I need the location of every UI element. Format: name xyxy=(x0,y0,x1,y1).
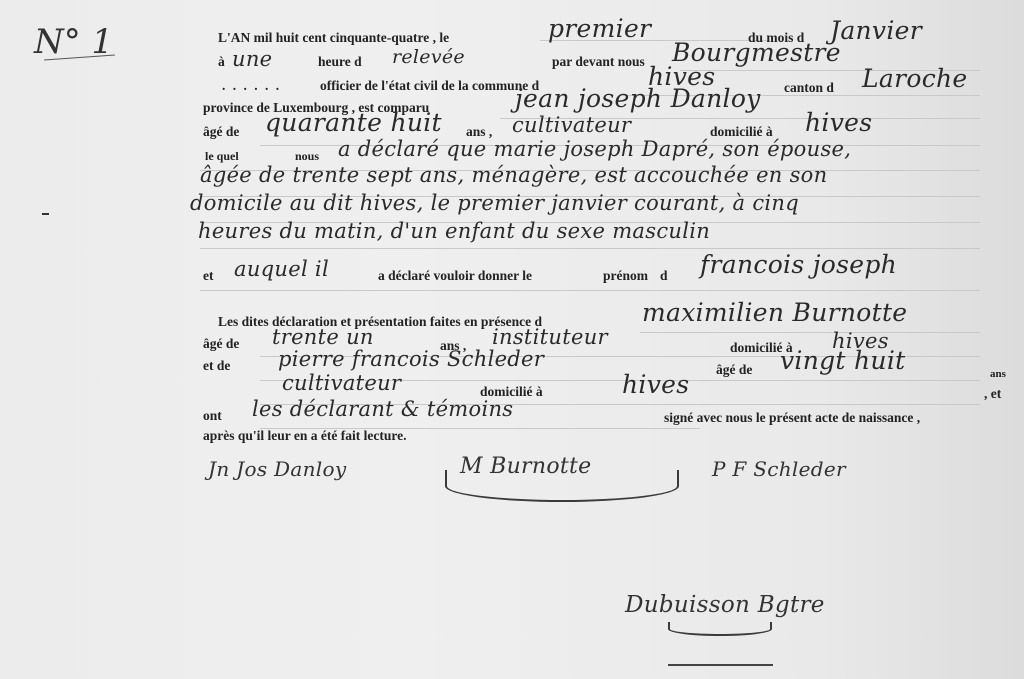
signature-flourish xyxy=(445,470,679,502)
birth-record-page: N° 1 L'AN mil huit cent cinquante-quatre… xyxy=(0,0,1024,679)
hw-declaration-line: âgée de trente sept ans, ménagère, est a… xyxy=(200,164,827,186)
printed-text: ans xyxy=(990,366,1006,382)
printed-text: prénom xyxy=(603,268,648,284)
printed-text: nous xyxy=(295,148,319,164)
hw-day: premier xyxy=(548,18,651,40)
printed-text: d xyxy=(660,268,668,284)
printed-text: à xyxy=(218,54,225,70)
rule-line xyxy=(200,248,980,249)
printed-text: après qu'il leur en a été fait lecture. xyxy=(203,428,406,444)
hw-auquel: auquel il xyxy=(234,258,329,280)
printed-text: signé avec nous le présent acte de naiss… xyxy=(664,410,920,426)
hw-canton: Laroche xyxy=(862,68,968,90)
hw-witness2-profession: cultivateur xyxy=(282,372,401,394)
printed-text: et xyxy=(203,268,214,284)
hw-signatories: les déclarant & témoins xyxy=(252,398,513,420)
printed-text: , et xyxy=(984,386,1001,402)
rule-line xyxy=(640,332,980,333)
printed-text: âgé de xyxy=(203,336,239,352)
hw-witness2-domicile: hives xyxy=(622,374,689,396)
hw-given-names: francois joseph xyxy=(700,254,897,276)
hw-witness2-name: pierre francois Schleder xyxy=(278,348,544,370)
hw-declarant-profession: cultivateur xyxy=(512,114,631,136)
printed-text: ont xyxy=(203,408,222,424)
printed-text: L'AN mil huit cent cinquante-quatre , le xyxy=(218,30,449,46)
signature-witness2: P F Schleder xyxy=(712,458,846,480)
printed-text: heure d xyxy=(318,54,362,70)
printed-text: officier de l'état civil de la commune d xyxy=(320,78,539,94)
hw-witness2-age: vingt huit xyxy=(780,350,905,372)
hw-month: Janvier xyxy=(830,20,922,42)
hw-declarant-name: jean joseph Danloy xyxy=(515,88,761,110)
printed-text: par devant nous xyxy=(552,54,645,70)
rule-line xyxy=(200,290,980,291)
printed-text: le quel xyxy=(205,148,239,164)
hw-declarant-age: quarante huit xyxy=(265,112,442,134)
signature-declarant: Jn Jos Danloy xyxy=(208,458,346,480)
hw-time-of-day: relevée xyxy=(392,46,465,68)
printed-dots: . . . . . . xyxy=(222,78,281,94)
signature-underline xyxy=(668,664,773,666)
hw-hour: une xyxy=(232,48,272,70)
hw-witness1-name: maximilien Burnotte xyxy=(642,302,907,324)
hw-officer-title: Bourgmestre xyxy=(672,42,841,64)
record-number: N° 1 xyxy=(34,22,113,62)
hw-declaration-line: heures du matin, d'un enfant du sexe mas… xyxy=(198,220,710,242)
hw-witness1-age: trente un xyxy=(272,326,374,348)
printed-text: et de xyxy=(203,358,230,374)
margin-mark xyxy=(42,213,49,215)
printed-text: âgé de xyxy=(203,124,239,140)
signature-officer: Dubuisson Bgtre xyxy=(625,594,825,616)
printed-text: a déclaré vouloir donner le xyxy=(378,268,532,284)
printed-text: âgé de xyxy=(716,362,752,378)
hw-declarant-domicile: hives xyxy=(805,112,872,134)
hw-witness1-profession: instituteur xyxy=(492,326,608,348)
hw-declaration-line: a déclaré que marie joseph Dapré, son ép… xyxy=(338,138,851,160)
signature-flourish xyxy=(668,622,772,636)
hw-declaration-line: domicile au dit hives, le premier janvie… xyxy=(190,192,799,214)
printed-text: canton d xyxy=(784,80,834,96)
